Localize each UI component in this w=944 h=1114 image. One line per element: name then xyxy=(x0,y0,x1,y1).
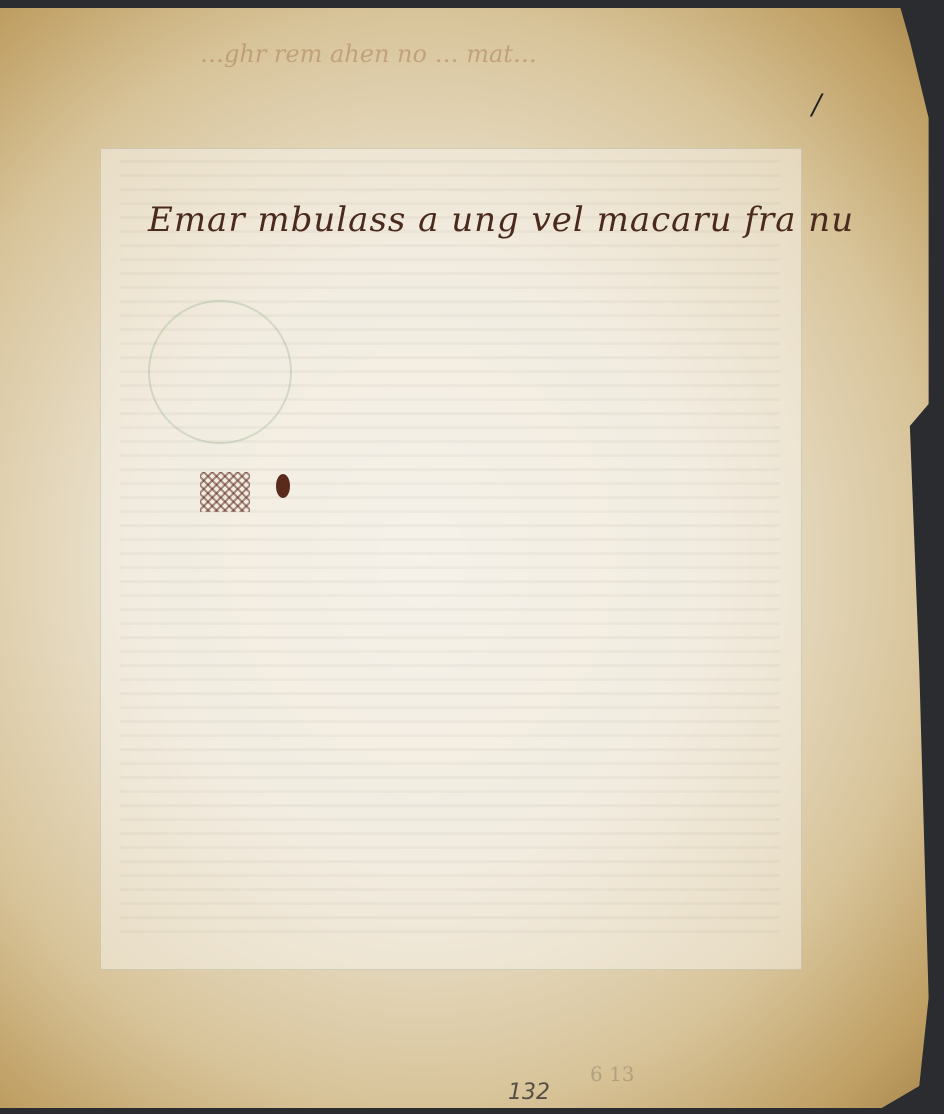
bleed-through-text xyxy=(120,160,780,940)
main-script-line: Emar mbulass a ung vel macaru fra nu xyxy=(148,200,854,240)
faded-top-text: …ghr rem ahen no … mat… xyxy=(200,40,537,68)
faded-shelfmark: 6 13 xyxy=(590,1062,635,1086)
faded-drawing-circle xyxy=(148,300,292,444)
folio-mark: / xyxy=(812,88,821,121)
shelfmark-number: 132 xyxy=(508,1080,550,1105)
ink-blot xyxy=(276,474,290,498)
ink-scribble xyxy=(200,472,250,512)
